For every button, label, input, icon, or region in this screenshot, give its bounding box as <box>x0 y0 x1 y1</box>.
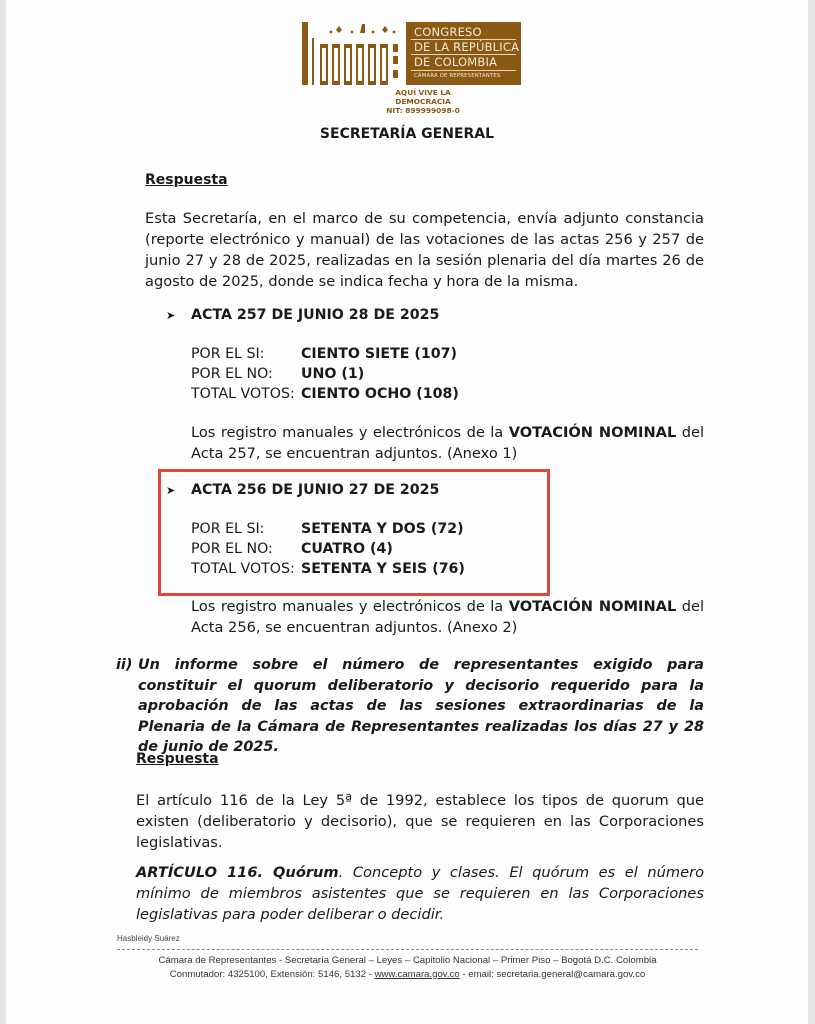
answer-paragraph: El artículo 116 de la Ley 5ª de 1992, es… <box>136 790 704 853</box>
logo-line-2: DE LA REPÚBLICA <box>414 40 519 54</box>
author-name: Hasbleidy Suárez <box>117 934 180 943</box>
vote-row-no: POR EL NO:CUATRO (4) <box>191 539 465 559</box>
acta-256-votes: POR EL SI:SETENTA Y DOS (72) POR EL NO:C… <box>191 519 465 579</box>
intro-paragraph: Esta Secretaría, en el marco de su compe… <box>145 208 704 292</box>
website-link[interactable]: www.camara.gov.co <box>375 969 460 980</box>
page-title: SECRETARÍA GENERAL <box>6 126 808 142</box>
arrowhead-bullet-icon: ➤ <box>166 484 191 497</box>
motto-text: AQUÍ VIVE LA DEMOCRACIA <box>368 88 478 106</box>
acta-257-note: Los registro manuales y electrónicos de … <box>191 422 704 464</box>
logo-motto: AQUÍ VIVE LA DEMOCRACIA NIT: 899999098-0 <box>368 88 478 115</box>
acta-256-note: Los registro manuales y electrónicos de … <box>191 596 704 638</box>
logo-line-3: DE COLOMBIA <box>414 55 497 69</box>
capitol-building-icon <box>302 22 404 85</box>
document-page: CONGRESO DE LA REPÚBLICA DE COLOMBIA CÁM… <box>6 0 808 1024</box>
nit-text: NIT: 899999098-0 <box>368 106 478 115</box>
logo-line-1: CONGRESO <box>414 25 482 39</box>
vote-row-total: TOTAL VOTOS:CIENTO OCHO (108) <box>191 384 459 404</box>
article-paragraph: ARTÍCULO 116. Quórum. Concepto y clases.… <box>136 862 704 925</box>
vote-row-si: POR EL SI:SETENTA Y DOS (72) <box>191 519 465 539</box>
acta-257-votes: POR EL SI:CIENTO SIETE (107) POR EL NO:U… <box>191 344 459 404</box>
acta-title-text: ACTA 256 DE JUNIO 27 DE 2025 <box>191 482 439 498</box>
arrowhead-bullet-icon: ➤ <box>166 309 191 322</box>
response-heading-2: Respuesta <box>136 751 219 767</box>
acta-256-title: ➤ACTA 256 DE JUNIO 27 DE 2025 <box>166 482 439 498</box>
logo-subline: CÁMARA DE REPRESENTANTES <box>414 73 500 79</box>
vote-row-total: TOTAL VOTOS:SETENTA Y SEIS (76) <box>191 559 465 579</box>
footer-divider <box>117 949 698 950</box>
question-paragraph: Un informe sobre el número de representa… <box>138 655 704 758</box>
vote-row-no: POR EL NO:UNO (1) <box>191 364 459 384</box>
footer-contact: Conmutador: 4325100, Extensión: 5146, 51… <box>117 968 698 981</box>
acta-257-title: ➤ACTA 257 DE JUNIO 28 DE 2025 <box>166 307 439 323</box>
congress-logo: CONGRESO DE LA REPÚBLICA DE COLOMBIA CÁM… <box>406 22 521 85</box>
acta-title-text: ACTA 257 DE JUNIO 28 DE 2025 <box>191 307 439 323</box>
response-heading: Respuesta <box>145 172 228 188</box>
footer-address: Cámara de Representantes - Secretaría Ge… <box>117 954 698 967</box>
vote-row-si: POR EL SI:CIENTO SIETE (107) <box>191 344 459 364</box>
